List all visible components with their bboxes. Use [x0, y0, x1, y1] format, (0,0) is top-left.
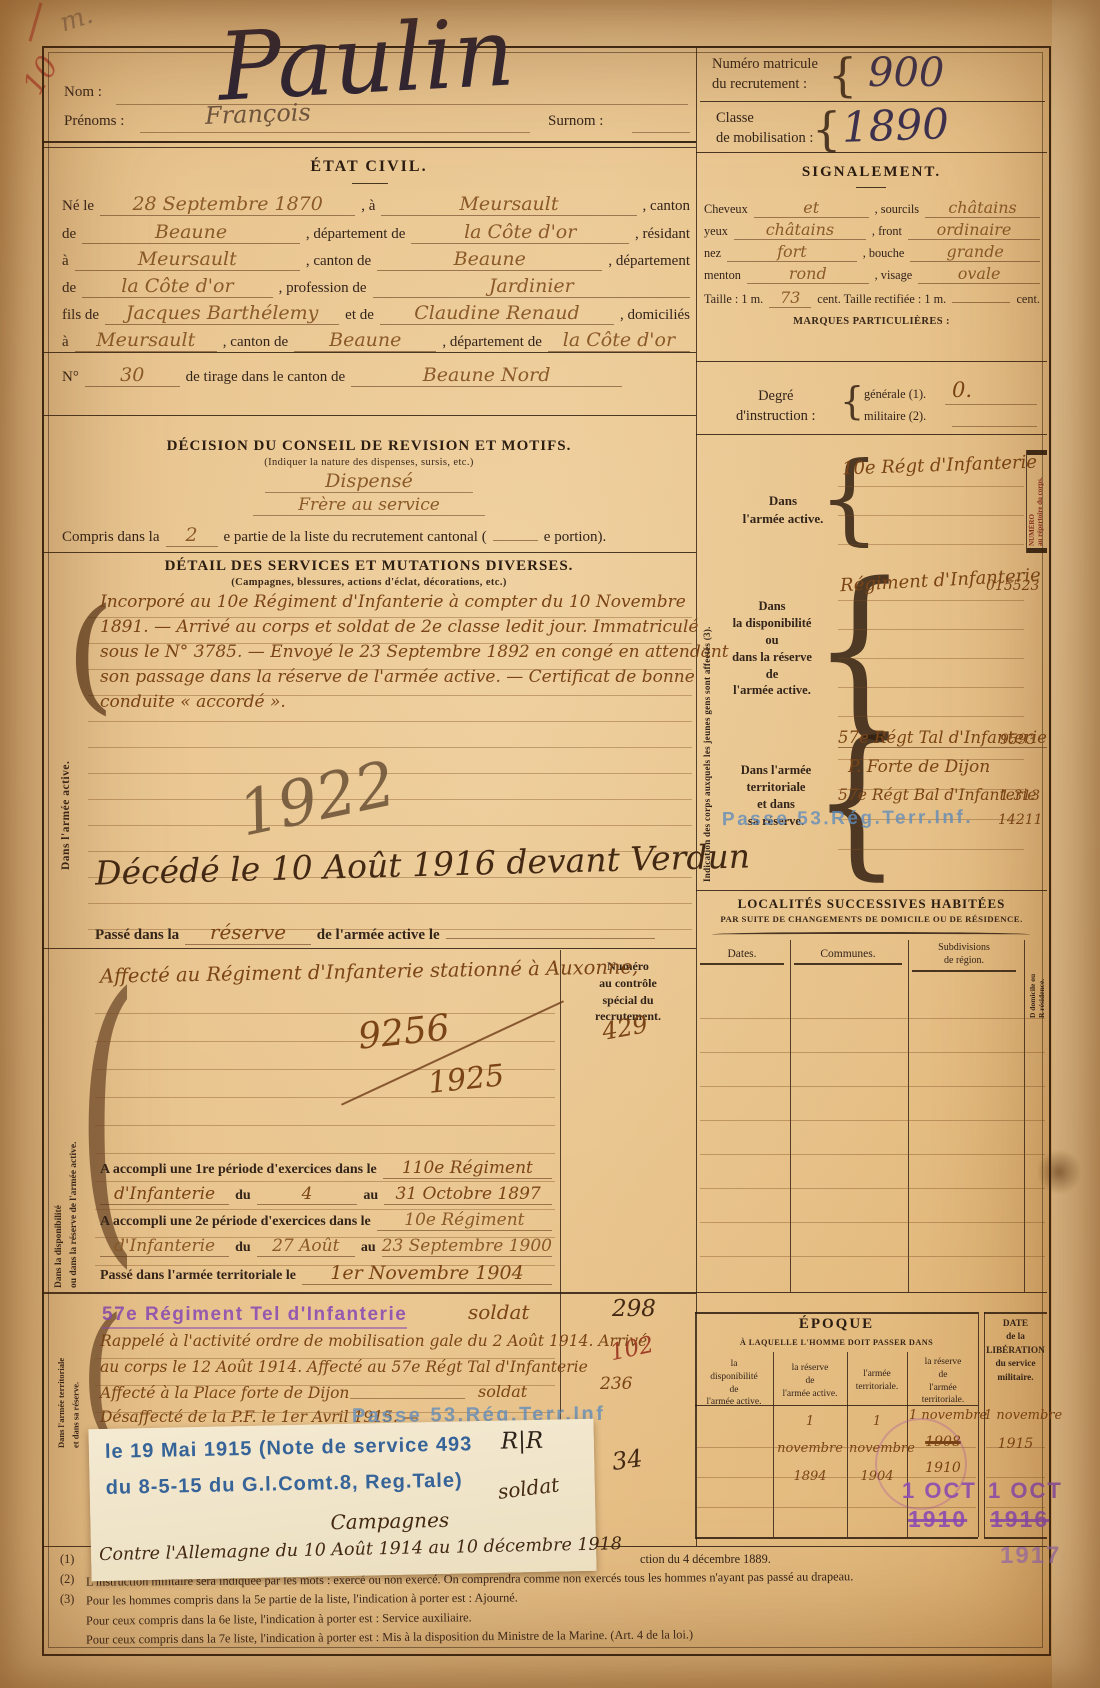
- tirage-top-rule: [42, 352, 696, 353]
- slip-stamp-line-2: du 8-5-15 du G.l.Comt.8, Reg.Tale): [105, 1469, 462, 1499]
- label: yeux: [704, 224, 728, 239]
- liberation-value-top: 1 novembre: [984, 1408, 1047, 1423]
- localites-flourish: [712, 932, 1030, 937]
- label: , département de: [442, 334, 542, 351]
- degre-brace: {: [840, 382, 864, 420]
- purple-circle-stamp: [875, 1418, 967, 1510]
- value: d'Infanterie: [100, 1236, 229, 1257]
- crossed-stamp-1910: 1910: [908, 1506, 967, 1533]
- decision-subtitle: (Indiquer la nature des dispenses, sursi…: [42, 457, 696, 468]
- periode-1-line-b: d'Infanterie du 4 au 31 Octobre 1897: [100, 1184, 552, 1205]
- value: châtains: [734, 220, 866, 240]
- etat-civil-title: ÉTAT CIVIL.: [42, 158, 696, 176]
- periode-1-line-a: A accompli une 1re période d'exercices d…: [100, 1158, 552, 1179]
- header-rule: [42, 141, 696, 148]
- taille-row: Taille : 1 m. 73 cent. Taille rectifiée …: [704, 288, 1040, 308]
- epoque-header-rule: [695, 1405, 978, 1406]
- surnom-line: [632, 132, 690, 133]
- terr-line-3-soldat: soldat: [478, 1382, 527, 1401]
- label: fils de: [62, 307, 99, 324]
- degre-generale-value: 0.: [952, 378, 972, 402]
- sidebar-indication-corps: Indication des corps auxquels les jeunes…: [702, 450, 712, 882]
- value: Jacques Barthélemy: [105, 302, 339, 325]
- label: , front: [872, 224, 902, 239]
- passe-53-stamp-right: Passe 53.Rég.Terr.Inf.: [722, 807, 973, 831]
- value: Meursault: [75, 248, 300, 271]
- value: Beaune: [377, 248, 602, 271]
- numero-repertoire-label: NUMÉRO au répertoire du corps.: [1028, 458, 1044, 546]
- sidebar-territoriale: Dans l'armée territoriale et dans sa rés…: [54, 1298, 83, 1448]
- degre-militaire-line: [952, 426, 1037, 427]
- label: au: [363, 1188, 378, 1204]
- label: A accompli une 1re période d'exercices d…: [100, 1162, 377, 1178]
- terr-line-3: Affecté à la Place forte de Dijon: [100, 1384, 349, 1402]
- epoque-col-1: la disponibilité de l'armée active.: [697, 1358, 771, 1409]
- label: , à: [361, 198, 375, 215]
- label: , visage: [875, 268, 913, 283]
- label: à: [62, 334, 69, 351]
- draw-number: 30: [85, 364, 180, 387]
- value: rond: [747, 264, 869, 284]
- partie-value: 2: [166, 524, 218, 547]
- pasted-slip: le 19 Mai 1915 (Note de service 493 R|R …: [88, 1419, 596, 1582]
- degre-militaire-label: militaire (2).: [864, 409, 926, 424]
- label: et de: [345, 307, 374, 324]
- birth-line-3: à Meursault , canton de Beaune , départe…: [62, 248, 690, 271]
- matricule-value: 900: [868, 50, 944, 96]
- corps-terr-num-4: 14211: [998, 812, 1043, 828]
- epoque-right-border: [978, 1312, 979, 1537]
- label: à: [62, 253, 69, 270]
- birth-line-4: de la Côte d'or , profession de Jardinie…: [62, 275, 690, 298]
- slip-soldat-note: soldat: [497, 1472, 561, 1504]
- blank-field: [952, 302, 1010, 303]
- localites-subtitle: PAR SUITE DE CHANGEMENTS DE DOMICILE OU …: [696, 914, 1047, 924]
- prenoms-value: François: [205, 98, 312, 130]
- crossed-stamp-1916: 1916: [990, 1506, 1049, 1533]
- value: la Côte d'or: [411, 221, 629, 244]
- compris-line: Compris dans la 2 e partie de la liste d…: [62, 524, 690, 547]
- liberation-value-year: 1915: [984, 1436, 1047, 1452]
- value: 4: [257, 1184, 358, 1205]
- slip-note-rr: R|R: [501, 1428, 544, 1455]
- footnote-2-number: (2): [60, 1572, 74, 1587]
- corps-terr-num-1: 9593: [1000, 732, 1036, 748]
- terr-line-3-dash: [350, 1398, 465, 1399]
- degre-generale-label: générale (1).: [864, 387, 926, 402]
- label: , résidant: [635, 226, 690, 243]
- passe-reserve-line: Passé dans la réserve de l'armée active …: [95, 920, 655, 945]
- campagnes-title: Campagnes: [330, 1508, 449, 1534]
- matricule-brace: {: [828, 52, 857, 98]
- blank-field: [446, 938, 655, 939]
- value: fort: [727, 242, 857, 262]
- margin-number-34: 34: [610, 1444, 644, 1476]
- corps-terr-lines: [838, 730, 1024, 878]
- footnote-3-number: (3): [60, 1592, 74, 1607]
- value: Jardinier: [373, 275, 690, 298]
- signalement-title: SIGNALEMENT.: [696, 164, 1047, 181]
- epoque-col-4: la réserve de l'armée territoriale.: [909, 1356, 977, 1407]
- decision-title: DÉCISION DU CONSEIL DE REVISION ET MOTIF…: [42, 438, 696, 455]
- services-line-1: Incorporé au 10e Régiment d'Infanterie à…: [100, 592, 686, 612]
- label: du: [235, 1188, 251, 1204]
- localites-bottom-rule: [696, 1292, 1047, 1293]
- signalement-flourish: [856, 187, 886, 188]
- signalement-row-3: nez fort , bouche grande: [704, 242, 1040, 262]
- classe-value: 1890: [841, 99, 950, 152]
- label: cent. Taille rectifiée : 1 m.: [817, 292, 946, 307]
- label: de: [62, 280, 76, 297]
- numero-strip-line: [1026, 450, 1027, 553]
- margin-number-298: 298: [612, 1296, 656, 1322]
- epoque-top-border: [695, 1312, 978, 1314]
- value: 23 Septembre 1900: [382, 1236, 552, 1257]
- label: , profession de: [279, 280, 367, 297]
- label: , département de: [306, 226, 406, 243]
- value: d'Infanterie: [100, 1184, 229, 1205]
- margin-number-236: 236: [600, 1374, 632, 1394]
- birth-line-2: de Beaune , département de la Côte d'or …: [62, 221, 690, 244]
- periode-2-line-b: d'Infanterie du 27 Août au 23 Septembre …: [100, 1236, 552, 1257]
- footnote-3-text: Pour les hommes compris dans la 5e parti…: [86, 1590, 518, 1608]
- corner-pencil-note: m.: [56, 0, 97, 38]
- value: 28 Septembre 1870: [100, 193, 355, 216]
- services-line-3: sous le N° 3785. — Envoyé le 23 Septembr…: [100, 642, 729, 662]
- value: Claudine Renaud: [380, 302, 614, 325]
- marques-label: MARQUES PARTICULIÈRES :: [696, 316, 1047, 327]
- services-bottom-rule: [42, 948, 696, 949]
- matricule-label: Numéro matricule du recrutement :: [712, 55, 818, 94]
- value: et: [754, 198, 869, 218]
- soldat-note-1: soldat: [468, 1300, 529, 1324]
- signalement-row-4: menton rond , visage ovale: [704, 264, 1040, 284]
- localites-col-communes: Communes.: [794, 948, 902, 965]
- localites-col-subdivisions: Subdivisions de région.: [912, 941, 1016, 972]
- height-value: 73: [769, 288, 811, 308]
- dispo-bottom-rule: [42, 1292, 696, 1294]
- decision-line-1: Dispensé: [42, 470, 696, 492]
- degre-label: Degré d'instruction :: [736, 386, 816, 427]
- label: , domiciliés: [620, 307, 690, 324]
- corner-red-tick: [29, 2, 43, 41]
- decision-value: Dispensé: [265, 470, 473, 493]
- periode-2-line-a: A accompli une 2e période d'exercices da…: [100, 1210, 552, 1231]
- value: Beaune: [82, 221, 300, 244]
- value: 110e Régiment: [383, 1158, 552, 1179]
- label: de: [62, 226, 76, 243]
- label: , canton de: [306, 253, 371, 270]
- localites-top-rule: [696, 890, 1047, 891]
- terr-line-1: Rappelé à l'activité ordre de mobilisati…: [100, 1332, 647, 1350]
- decision-value: Frère au service: [253, 495, 485, 516]
- date-col-header: DATE de la LIBÉRATION du service militai…: [984, 1318, 1047, 1385]
- services-line-2: 1891. — Arrivé au corps et soldat de 2e …: [100, 617, 699, 637]
- value: châtains: [925, 198, 1040, 218]
- services-subtitle: (Campagnes, blessures, actions d'éclat, …: [42, 577, 696, 588]
- epoque-value-reserve: 1 novembre 1894: [775, 1408, 845, 1490]
- reserve-value: réserve: [185, 920, 311, 945]
- epoque-col-2: la réserve de l'armée active.: [775, 1362, 845, 1400]
- blank-field: [493, 540, 538, 541]
- value: la Côte d'or: [548, 329, 690, 352]
- date-col-top-border: [984, 1312, 1047, 1314]
- epoque-title: ÉPOQUE: [695, 1316, 978, 1333]
- birth-line-1: Né le 28 Septembre 1870 , à Meursault , …: [62, 193, 690, 216]
- prenoms-label: Prénoms :: [64, 113, 124, 130]
- label: A accompli une 2e période d'exercices da…: [100, 1214, 371, 1230]
- signalement-top-rule: [696, 152, 1047, 153]
- oct-stamp-date-col: 1 OCT: [988, 1478, 1063, 1504]
- localites-col-dates: Dates.: [700, 948, 784, 965]
- label: , bouche: [863, 246, 905, 261]
- numero-strip-bar-top: [1027, 450, 1047, 455]
- tirage-bottom-rule: [42, 415, 696, 416]
- value: 31 Octobre 1897: [384, 1184, 552, 1205]
- birth-line-6: à Meursault , canton de Beaune , départe…: [62, 329, 690, 352]
- epoque-bottom-border: [695, 1537, 978, 1539]
- services-line-5: conduite « accordé ».: [100, 692, 286, 712]
- degre-generale-line: [945, 404, 1037, 405]
- label: du: [235, 1240, 251, 1256]
- classe-brace: {: [812, 106, 841, 152]
- value: la Côte d'or: [82, 275, 272, 298]
- tirage-line: N° 30 de tirage dans le canton de Beaune…: [62, 364, 622, 387]
- label: , canton de: [223, 334, 288, 351]
- campagnes-line: Contre l'Allemagne du 10 Août 1914 au 10…: [99, 1534, 622, 1565]
- degre-bottom-rule: [696, 434, 1047, 435]
- corps-dispo-label: Dans la disponibilité ou dans la réserve…: [722, 598, 822, 699]
- label: Compris dans la: [62, 529, 160, 546]
- value: Meursault: [75, 329, 217, 352]
- corps-dispo-num: 015523: [986, 578, 1039, 594]
- value: grande: [910, 242, 1040, 262]
- services-line-4: son passage dans la réserve de l'armée a…: [100, 667, 695, 687]
- corps-terr-line-2: P. Forte de Dijon: [848, 757, 990, 777]
- footnote-1-number: (1): [60, 1552, 74, 1567]
- label: , département: [608, 253, 690, 270]
- surnom-label: Surnom :: [548, 113, 603, 130]
- label: , sourcils: [875, 202, 919, 217]
- signalement-row-1: Cheveux et , sourcils châtains: [704, 198, 1040, 218]
- label: Cheveux: [704, 202, 748, 217]
- numero-strip-bar-bottom: [1027, 548, 1047, 553]
- value: 1er Novembre 1904: [302, 1262, 552, 1285]
- regiment-57-stamp: 57e Régiment Tel d'Infanterie: [102, 1304, 407, 1329]
- decision-bottom-rule: [42, 552, 696, 553]
- slip-stamp-line-1: le 19 Mai 1915 (Note de service 493: [105, 1433, 473, 1464]
- nom-label: Nom :: [64, 84, 102, 101]
- recruitment-record-sheet: 10 m. Nom : Paulin Prénoms : François Su…: [0, 0, 1100, 1688]
- label: Passé dans l'armée territoriale le: [100, 1268, 296, 1284]
- label: Taille : 1 m.: [704, 292, 763, 307]
- epoque-subtitle: À LAQUELLE L'HOMME DOIT PASSER DANS: [695, 1338, 978, 1347]
- canton-value: Beaune Nord: [351, 364, 622, 387]
- label: de l'armée active le: [317, 927, 440, 944]
- date-col-bottom-border: [984, 1537, 1047, 1539]
- terr-line-2: au corps le 12 Août 1914. Affecté au 57e…: [100, 1358, 588, 1376]
- corps-active-label: Dans l'armée active.: [736, 492, 830, 528]
- value: Meursault: [381, 193, 636, 216]
- footnote-1-tail: ction du 4 décembre 1889.: [640, 1552, 771, 1567]
- localites-body-lines: [700, 985, 1045, 1290]
- classe-label: Classe de mobilisation :: [716, 109, 813, 148]
- value: ordinaire: [908, 220, 1040, 240]
- corps-terr-num-3: 1.313: [1000, 788, 1040, 804]
- passe-territoriale-line: Passé dans l'armée territoriale le 1er N…: [100, 1262, 552, 1285]
- label: nez: [704, 246, 721, 261]
- label: de tirage dans le canton de: [186, 369, 346, 386]
- signalement-row-2: yeux châtains , front ordinaire: [704, 220, 1040, 240]
- prenoms-line: [140, 132, 530, 133]
- label: N°: [62, 369, 79, 386]
- label: au: [361, 1240, 376, 1256]
- label: e partie de la liste du recrutement cant…: [224, 529, 487, 546]
- birth-line-5: fils de Jacques Barthélemy et de Claudin…: [62, 302, 690, 325]
- label: cent.: [1016, 292, 1040, 307]
- label: Né le: [62, 198, 94, 215]
- epoque-col-3: l'armée territoriale.: [849, 1368, 905, 1394]
- decision-line-2: Frère au service: [42, 495, 696, 515]
- localites-title: LOCALITÉS SUCCESSIVES HABITÉES: [696, 896, 1047, 912]
- etat-civil-flourish: [352, 183, 388, 184]
- label: , canton: [643, 198, 690, 215]
- value: 27 Août: [257, 1236, 355, 1257]
- value: ovale: [918, 264, 1040, 284]
- value: 10e Régiment: [377, 1210, 552, 1231]
- label: e portion).: [544, 529, 606, 546]
- value: Beaune: [294, 329, 436, 352]
- degre-top-rule: [696, 361, 1047, 362]
- label: menton: [704, 268, 741, 283]
- services-title: DÉTAIL DES SERVICES ET MUTATIONS DIVERSE…: [42, 558, 696, 575]
- paper-light-edge: [1052, 0, 1100, 1688]
